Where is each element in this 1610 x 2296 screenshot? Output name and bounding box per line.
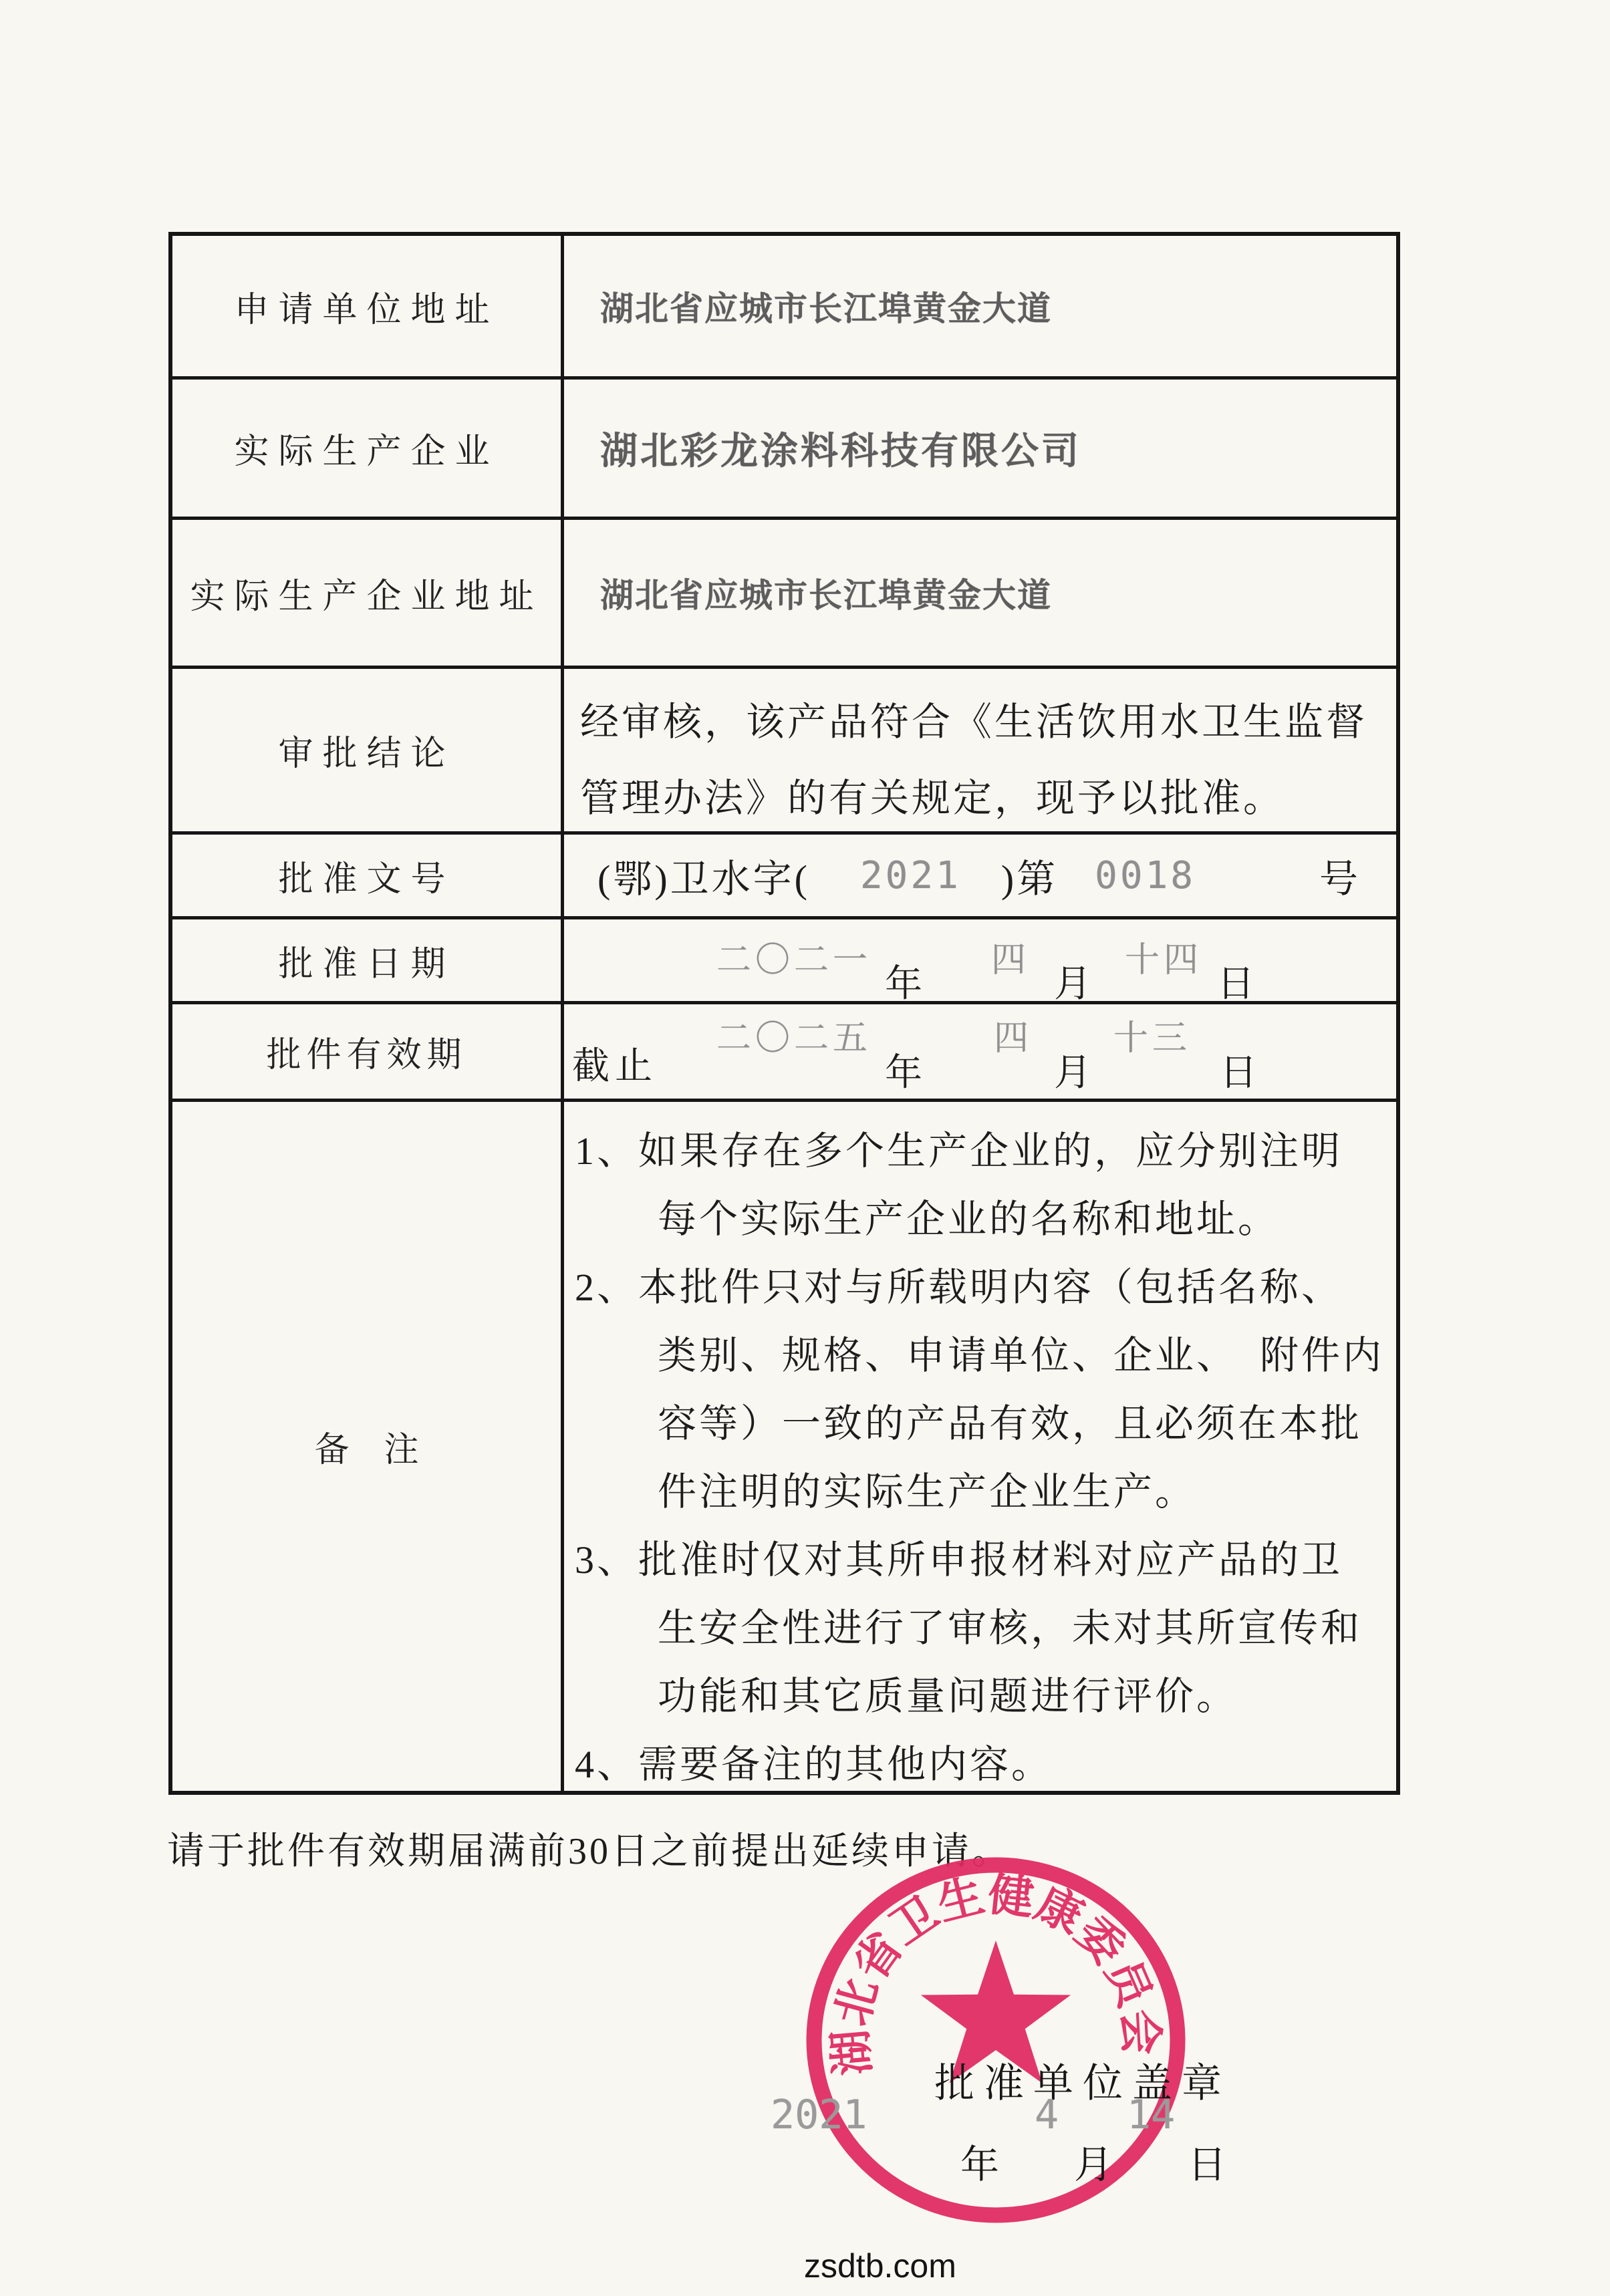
remark-line: 功能和其它质量问题进行评价。 — [658, 1673, 1238, 1720]
manufacturer-address-value: 湖北省应城市长江埠黄金大道 — [600, 569, 1052, 617]
row-value-cell: 二〇二一 年 四 月 十四 日 — [564, 919, 1396, 1001]
table-row: 实际生产企业 湖北彩龙涂料科技有限公司 — [172, 380, 1396, 520]
manufacturer-label: 实际生产企业 — [234, 423, 499, 473]
stamp-date-day: 14 — [1127, 2092, 1175, 2138]
approval-no-suffix: 号 — [1319, 847, 1361, 903]
manufacturer-address-label: 实际生产企业地址 — [190, 568, 543, 618]
remark-line: 3、批准时仅对其所申报材料对应产品的卫 — [575, 1537, 1343, 1584]
applicant-address-value: 湖北省应城市长江埠黄金大道 — [600, 282, 1052, 330]
conclusion-line-1: 经审核，该产品符合《生活饮用水卫生监督 — [580, 690, 1367, 746]
valid-until-label: 批件有效期 — [266, 1026, 466, 1077]
manufacturer-value: 湖北彩龙涂料科技有限公司 — [600, 422, 1081, 475]
row-value-cell: 湖北省应城市长江埠黄金大道 — [564, 236, 1396, 376]
scanned-approval-certificate: 申请单位地址 湖北省应城市长江埠黄金大道 实际生产企业 湖北彩龙涂料科技有限公司… — [0, 0, 1610, 2296]
row-value-cell: 截止 二〇二五 年 四 月 十三 日 — [564, 1004, 1396, 1099]
remarks-label: 备 注 — [314, 1421, 418, 1471]
valid-until-year: 二〇二五 — [716, 1010, 871, 1060]
valid-until-day: 十三 — [1113, 1010, 1191, 1060]
approval-no-serial: 0018 — [1095, 854, 1196, 897]
approval-table: 申请单位地址 湖北省应城市长江埠黄金大道 实际生产企业 湖北彩龙涂料科技有限公司… — [168, 232, 1400, 1795]
row-value-cell: 经审核，该产品符合《生活饮用水卫生监督 管理办法》的有关规定，现予以批准。 — [564, 669, 1396, 831]
site-watermark: zsdtb.com — [804, 2247, 956, 2285]
table-row: 审批结论 经审核，该产品符合《生活饮用水卫生监督 管理办法》的有关规定，现予以批… — [172, 669, 1396, 835]
approval-date-day: 十四 — [1125, 931, 1202, 982]
applicant-address-label: 申请单位地址 — [234, 281, 499, 331]
row-label-cell: 备 注 — [172, 1102, 564, 1791]
table-row: 批准文号 (鄂)卫水字( 2021 )第 0018 号 — [172, 835, 1396, 919]
remark-line: 件注明的实际生产企业生产。 — [658, 1469, 1196, 1516]
conclusion-line-2: 管理办法》的有关规定，现予以批准。 — [580, 766, 1285, 823]
approval-date-label: 批准日期 — [278, 936, 454, 986]
stamp-date-year: 2021 — [771, 2092, 867, 2138]
approval-no-mid: )第 — [1001, 847, 1058, 903]
approval-date-year-unit: 年 — [885, 954, 922, 1008]
remark-line: 生安全性进行了审核，未对其所宣传和 — [658, 1605, 1362, 1652]
stamp-day-unit: 日 — [1188, 2133, 1226, 2189]
row-label-cell: 申请单位地址 — [172, 236, 564, 376]
remark-line: 4、需要备注的其他内容。 — [575, 1741, 1053, 1788]
approval-date-month: 四 — [991, 931, 1026, 982]
stamp-year-unit: 年 — [960, 2133, 999, 2189]
valid-until-month: 四 — [994, 1010, 1029, 1060]
table-row: 批准日期 二〇二一 年 四 月 十四 日 — [172, 919, 1396, 1004]
row-value-cell: 湖北彩龙涂料科技有限公司 — [564, 380, 1396, 517]
valid-until-year-unit: 年 — [885, 1043, 922, 1097]
row-label-cell: 批准文号 — [172, 835, 564, 916]
table-row: 实际生产企业地址 湖北省应城市长江埠黄金大道 — [172, 520, 1396, 669]
remark-line: 每个实际生产企业的名称和地址。 — [658, 1196, 1279, 1243]
seal-caption: 批准单位盖章 — [916, 2051, 1250, 2109]
row-label-cell: 审批结论 — [172, 669, 564, 831]
remark-line: 1、如果存在多个生产企业的，应分别注明 — [575, 1128, 1343, 1175]
valid-until-day-unit: 日 — [1220, 1043, 1257, 1097]
row-label-cell: 批件有效期 — [172, 1004, 564, 1099]
row-value-cell: 1、如果存在多个生产企业的，应分别注明 每个实际生产企业的名称和地址。 2、本批… — [564, 1102, 1396, 1791]
row-label-cell: 批准日期 — [172, 919, 564, 1001]
table-row: 批件有效期 截止 二〇二五 年 四 月 十三 日 — [172, 1004, 1396, 1102]
approval-no-label: 批准文号 — [278, 851, 454, 901]
row-label-cell: 实际生产企业地址 — [172, 520, 564, 666]
conclusion-label: 审批结论 — [278, 725, 454, 775]
remark-line: 容等）一致的产品有效，且必须在本批 — [658, 1401, 1362, 1447]
table-row: 备 注 1、如果存在多个生产企业的，应分别注明 每个实际生产企业的名称和地址。 … — [172, 1102, 1396, 1791]
approval-no-prefix: (鄂)卫水字( — [597, 847, 810, 903]
stamp-date-month: 4 — [1035, 2092, 1059, 2138]
valid-until-month-unit: 月 — [1054, 1043, 1091, 1097]
stamp-month-unit: 月 — [1074, 2133, 1113, 2189]
approval-no-year: 2021 — [860, 854, 961, 897]
row-label-cell: 实际生产企业 — [172, 380, 564, 517]
remark-line: 2、本批件只对与所载明内容（包括名称、 — [575, 1264, 1343, 1311]
table-row: 申请单位地址 湖北省应城市长江埠黄金大道 — [172, 236, 1396, 380]
row-value-cell: 湖北省应城市长江埠黄金大道 — [564, 520, 1396, 666]
approval-date-month-unit: 月 — [1054, 954, 1091, 1008]
valid-until-prefix: 截止 — [572, 1036, 658, 1090]
remark-line: 类别、规格、申请单位、企业、 附件内 — [658, 1332, 1384, 1379]
approval-date-year: 二〇二一 — [716, 931, 871, 982]
row-value-cell: (鄂)卫水字( 2021 )第 0018 号 — [564, 835, 1396, 916]
approval-date-day-unit: 日 — [1217, 954, 1254, 1008]
